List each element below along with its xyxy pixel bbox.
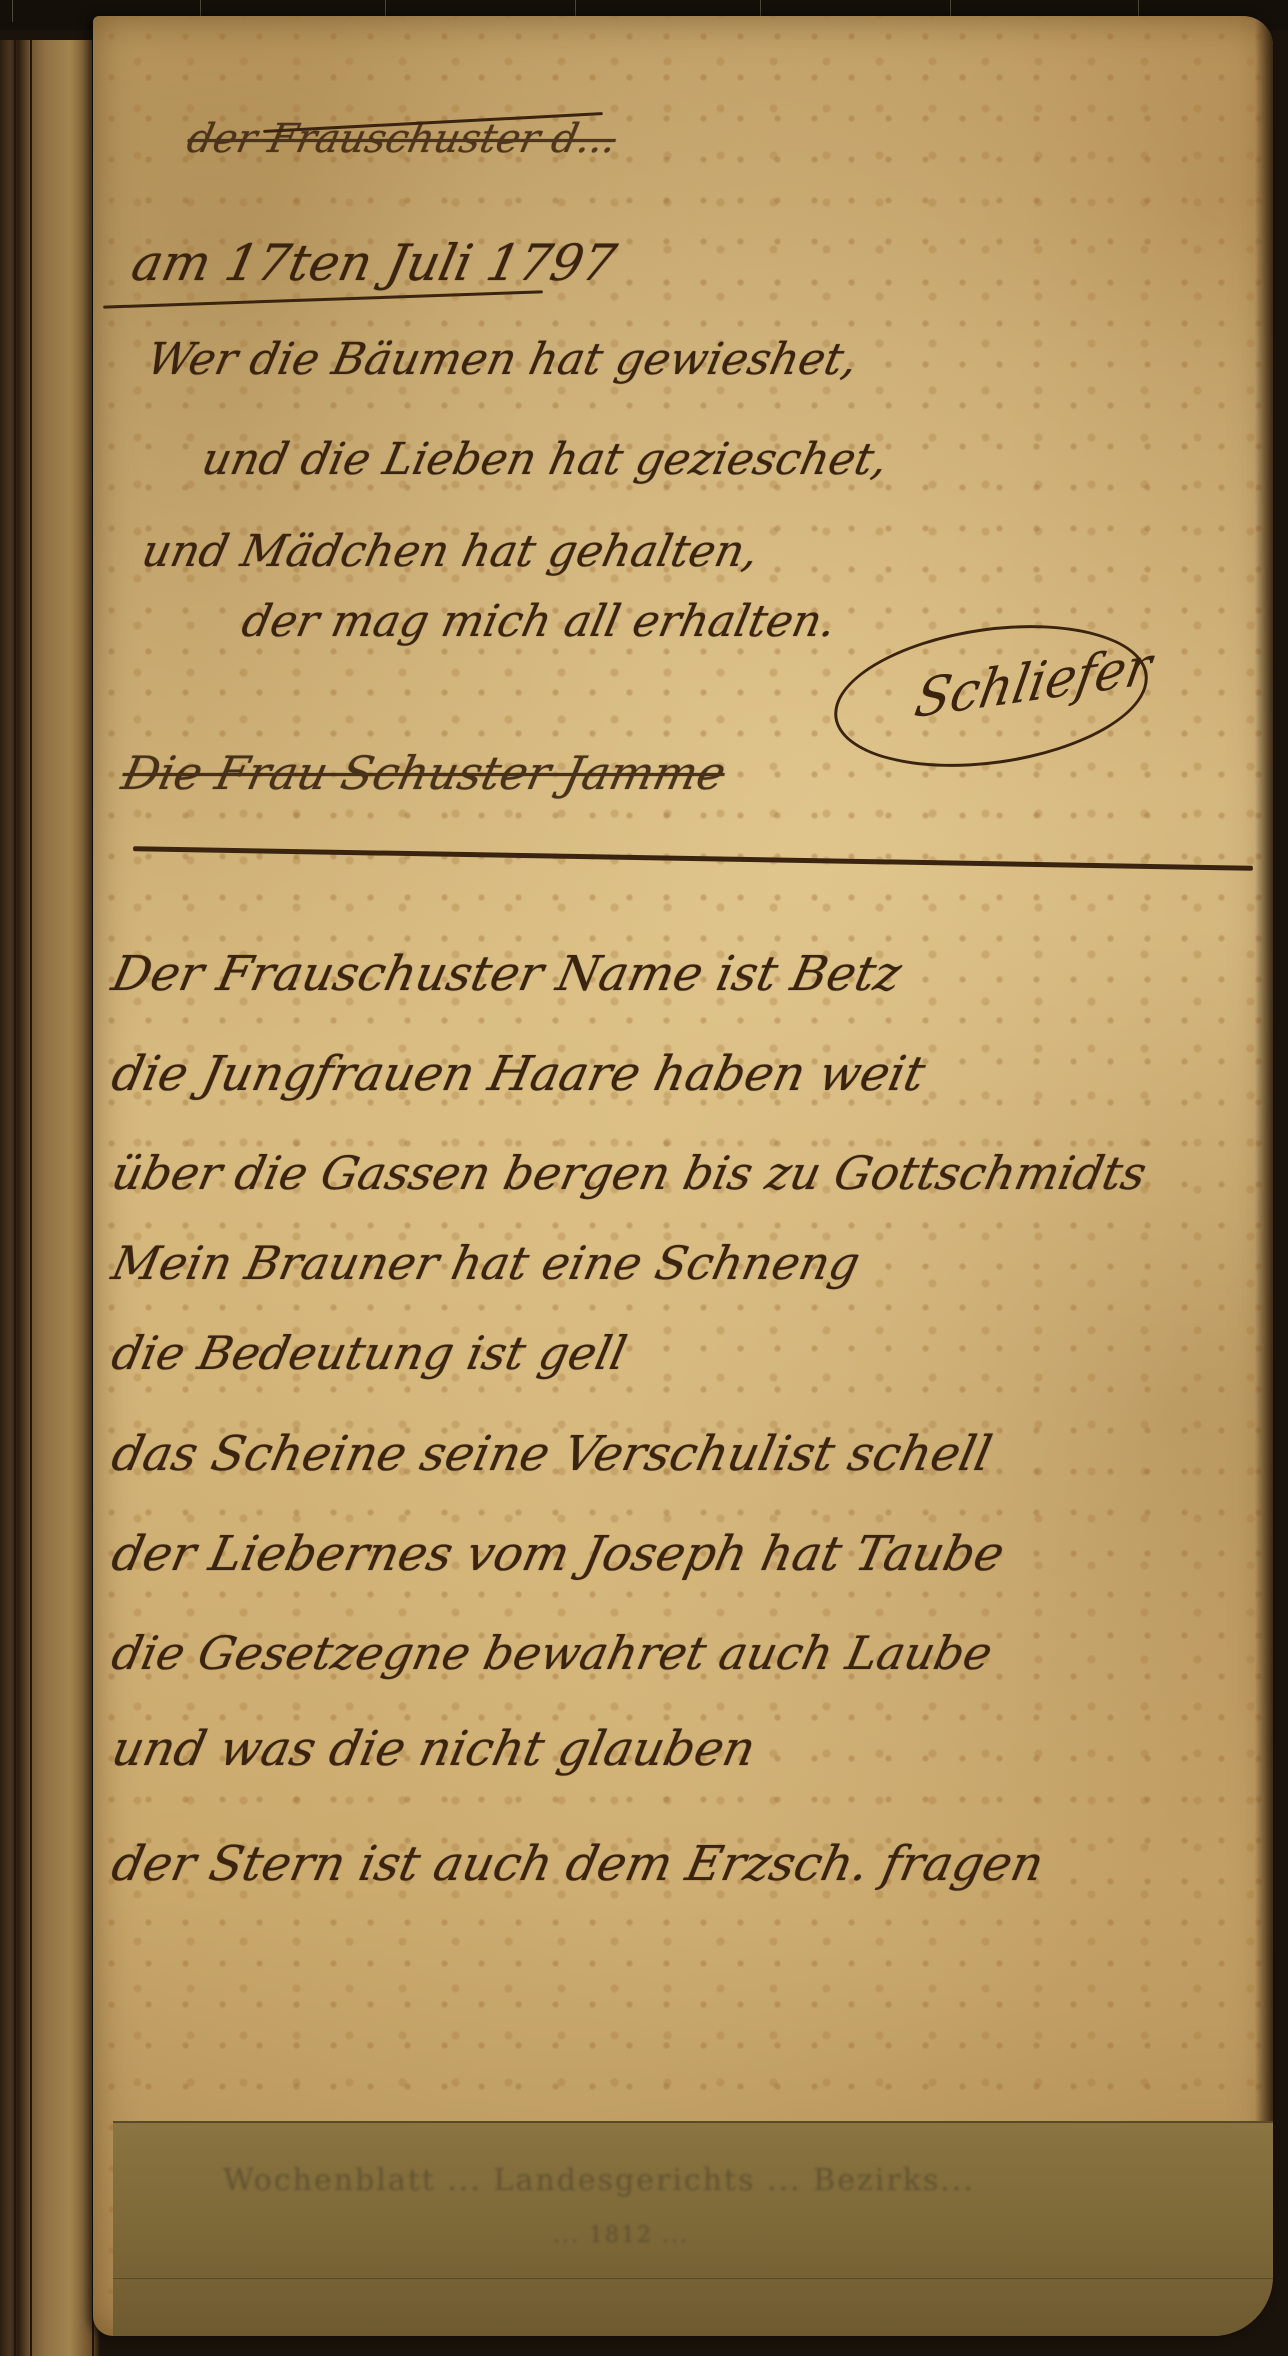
struck-heading: Die Frau Schuster Jamme — [117, 746, 730, 800]
verse2-line-2: die Jungfrauen Haare haben weit — [107, 1046, 930, 1102]
verse2-line-8: die Gesetzegne bewahret auch Laube — [107, 1626, 997, 1680]
verse2-line-4: Mein Brauner hat eine Schneng — [107, 1236, 864, 1290]
page-right-edge — [1255, 16, 1273, 2336]
verse2-line-9: und was die nicht glauben — [107, 1721, 760, 1777]
book-spine-pages — [0, 40, 100, 2356]
verse2-line-5: die Bedeutung ist gell — [107, 1326, 631, 1380]
verse1-line-1: Wer die Bäumen hat gewieshet, — [143, 334, 863, 385]
date-line: am 17ten Juli 1797 — [127, 234, 621, 292]
verse2-line-7: der Liebernes vom Joseph hat Taube — [107, 1526, 1009, 1582]
verse1-line-2: und die Lieben hat gezieschet, — [198, 434, 893, 485]
verse2-line-10: der Stern ist auch dem Erzsch. fragen — [107, 1836, 1049, 1892]
verse2-line-3: über die Gassen bergen bis zu Gottschmid… — [107, 1146, 1151, 1200]
printed-text-line-1: Wochenblatt ... Landesgerichts ... Bezir… — [223, 2163, 1173, 2198]
signature-name: Schliefer — [910, 635, 1156, 730]
printed-paper-strip: Wochenblatt ... Landesgerichts ... Bezir… — [113, 2121, 1273, 2336]
printed-rule — [113, 2278, 1273, 2279]
verse2-line-6: das Scheine seine Verschulist schell — [107, 1426, 996, 1482]
thread-line — [12, 0, 13, 22]
printed-text-line-2: ... 1812 ... — [553, 2223, 689, 2248]
page-edge — [30, 40, 32, 2356]
page-edge — [14, 40, 16, 2356]
verse1-line-4: der mag mich all erhalten. — [238, 596, 841, 647]
verse2-line-1: Der Frauschuster Name ist Betz — [107, 946, 906, 1002]
manuscript-page: der Frauschuster d... am 17ten Juli 1797… — [93, 16, 1273, 2336]
verse1-line-3: und Mädchen hat gehalten, — [138, 526, 764, 577]
